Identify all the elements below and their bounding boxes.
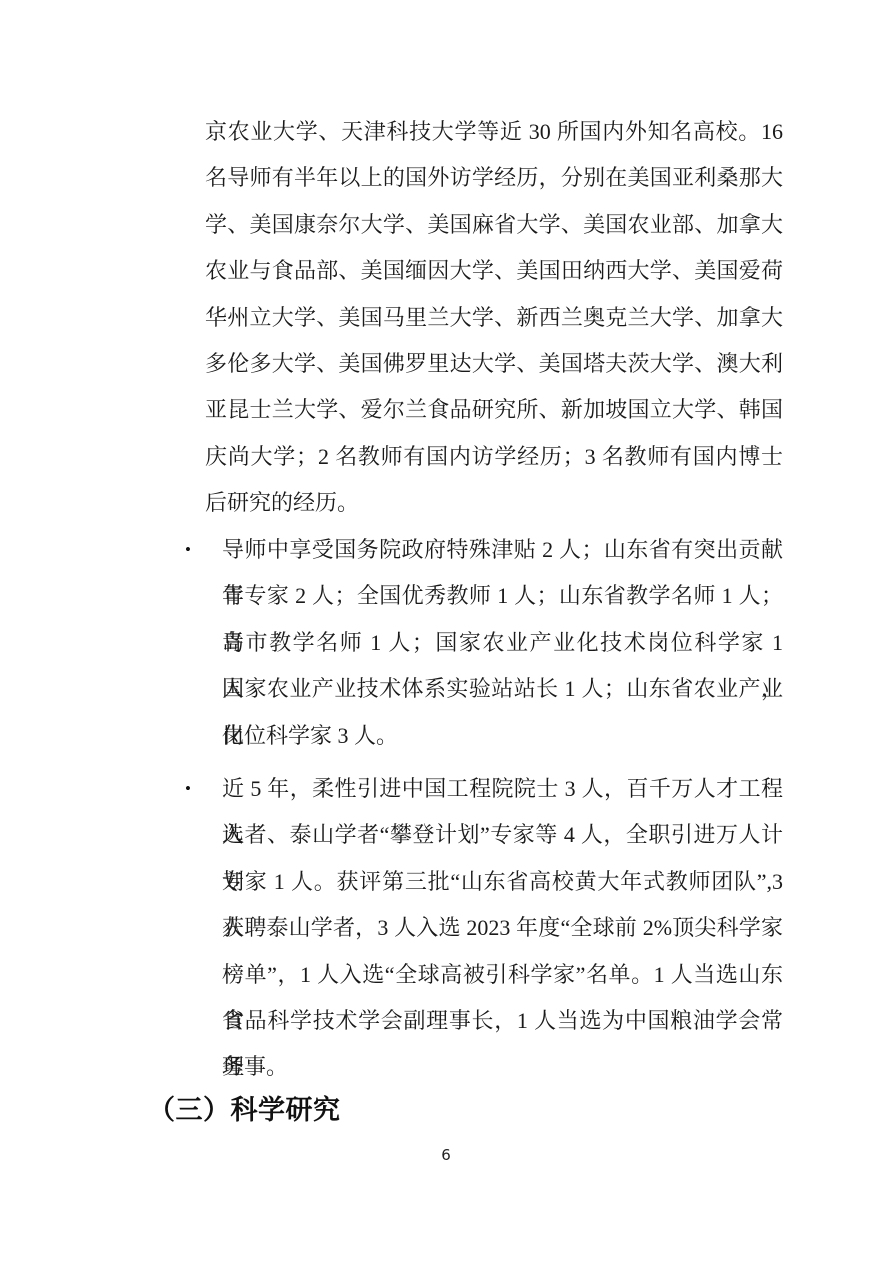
text-line: 京农业大学、天津科技大学等近 30 所国内外知名高校。16	[205, 109, 783, 155]
text-line: 导师中享受国务院政府特殊津贴 2 人；山东省有突出贡献青	[222, 527, 783, 573]
text-line: 专家 1 人。获评第三批“山东省高校黄大年式教师团队”,3 人	[222, 859, 783, 905]
body-paragraph-continuation: 京农业大学、天津科技大学等近 30 所国内外知名高校。16名导师有半年以上的国外…	[205, 109, 783, 527]
text-line: 选者、泰山学者“攀登计划”专家等 4 人，全职引进万人计划	[222, 812, 783, 858]
text-line: 农业与食品部、美国缅因大学、美国田纳西大学、美国爱荷	[205, 248, 783, 294]
page-number: 6	[0, 1146, 892, 1164]
bullet-icon: •	[185, 766, 222, 812]
text-line: 名导师有半年以上的国外访学经历，分别在美国亚利桑那大	[205, 155, 783, 201]
text-line: 庆尚大学；2 名教师有国内访学经历；3 名教师有国内博士	[205, 434, 783, 480]
text-line: 岗位科学家 3 人。	[222, 713, 783, 759]
bullet-item-text: 导师中享受国务院政府特殊津贴 2 人；山东省有突出贡献青年专家 2 人；全国优秀…	[222, 527, 783, 759]
text-line: 获聘泰山学者，3 人入选 2023 年度“全球前 2%顶尖科学家	[222, 905, 783, 951]
text-line: 华州立大学、美国马里兰大学、新西兰奥克兰大学、加拿大	[205, 295, 783, 341]
bullet-item: • 导师中享受国务院政府特殊津贴 2 人；山东省有突出贡献青年专家 2 人；全国…	[185, 527, 783, 759]
text-line: 多伦多大学、美国佛罗里达大学、美国塔夫茨大学、澳大利	[205, 341, 783, 387]
text-line: 学、美国康奈尔大学、美国麻省大学、美国农业部、加拿大	[205, 202, 783, 248]
text-line: 岛市教学名师 1 人；国家农业产业化技术岗位科学家 1 人，	[222, 620, 783, 666]
bullet-list: • 导师中享受国务院政府特殊津贴 2 人；山东省有突出贡献青年专家 2 人；全国…	[185, 527, 783, 1091]
text-line: 理事。	[222, 1044, 783, 1090]
bullet-item: • 近 5 年，柔性引进中国工程院院士 3 人，百千万人才工程入选者、泰山学者“…	[185, 766, 783, 1091]
bullet-icon: •	[185, 527, 222, 573]
text-line: 年专家 2 人；全国优秀教师 1 人；山东省教学名师 1 人；青	[222, 573, 783, 619]
text-line: 食品科学技术学会副理事长，1 人当选为中国粮油学会常务	[222, 998, 783, 1044]
text-line: 亚昆士兰大学、爱尔兰食品研究所、新加坡国立大学、韩国	[205, 387, 783, 433]
section-heading: （三）科学研究	[148, 1093, 341, 1127]
text-line: 榜单”，1 人入选“全球高被引科学家”名单。1 人当选山东省	[222, 952, 783, 998]
text-line: 国家农业产业技术体系实验站站长 1 人；山东省农业产业化	[222, 666, 783, 712]
text-line: 近 5 年，柔性引进中国工程院院士 3 人，百千万人才工程入	[222, 766, 783, 812]
document-page: 京农业大学、天津科技大学等近 30 所国内外知名高校。16名导师有半年以上的国外…	[0, 0, 892, 1261]
bullet-item-text: 近 5 年，柔性引进中国工程院院士 3 人，百千万人才工程入选者、泰山学者“攀登…	[222, 766, 783, 1091]
text-line: 后研究的经历。	[205, 480, 783, 526]
